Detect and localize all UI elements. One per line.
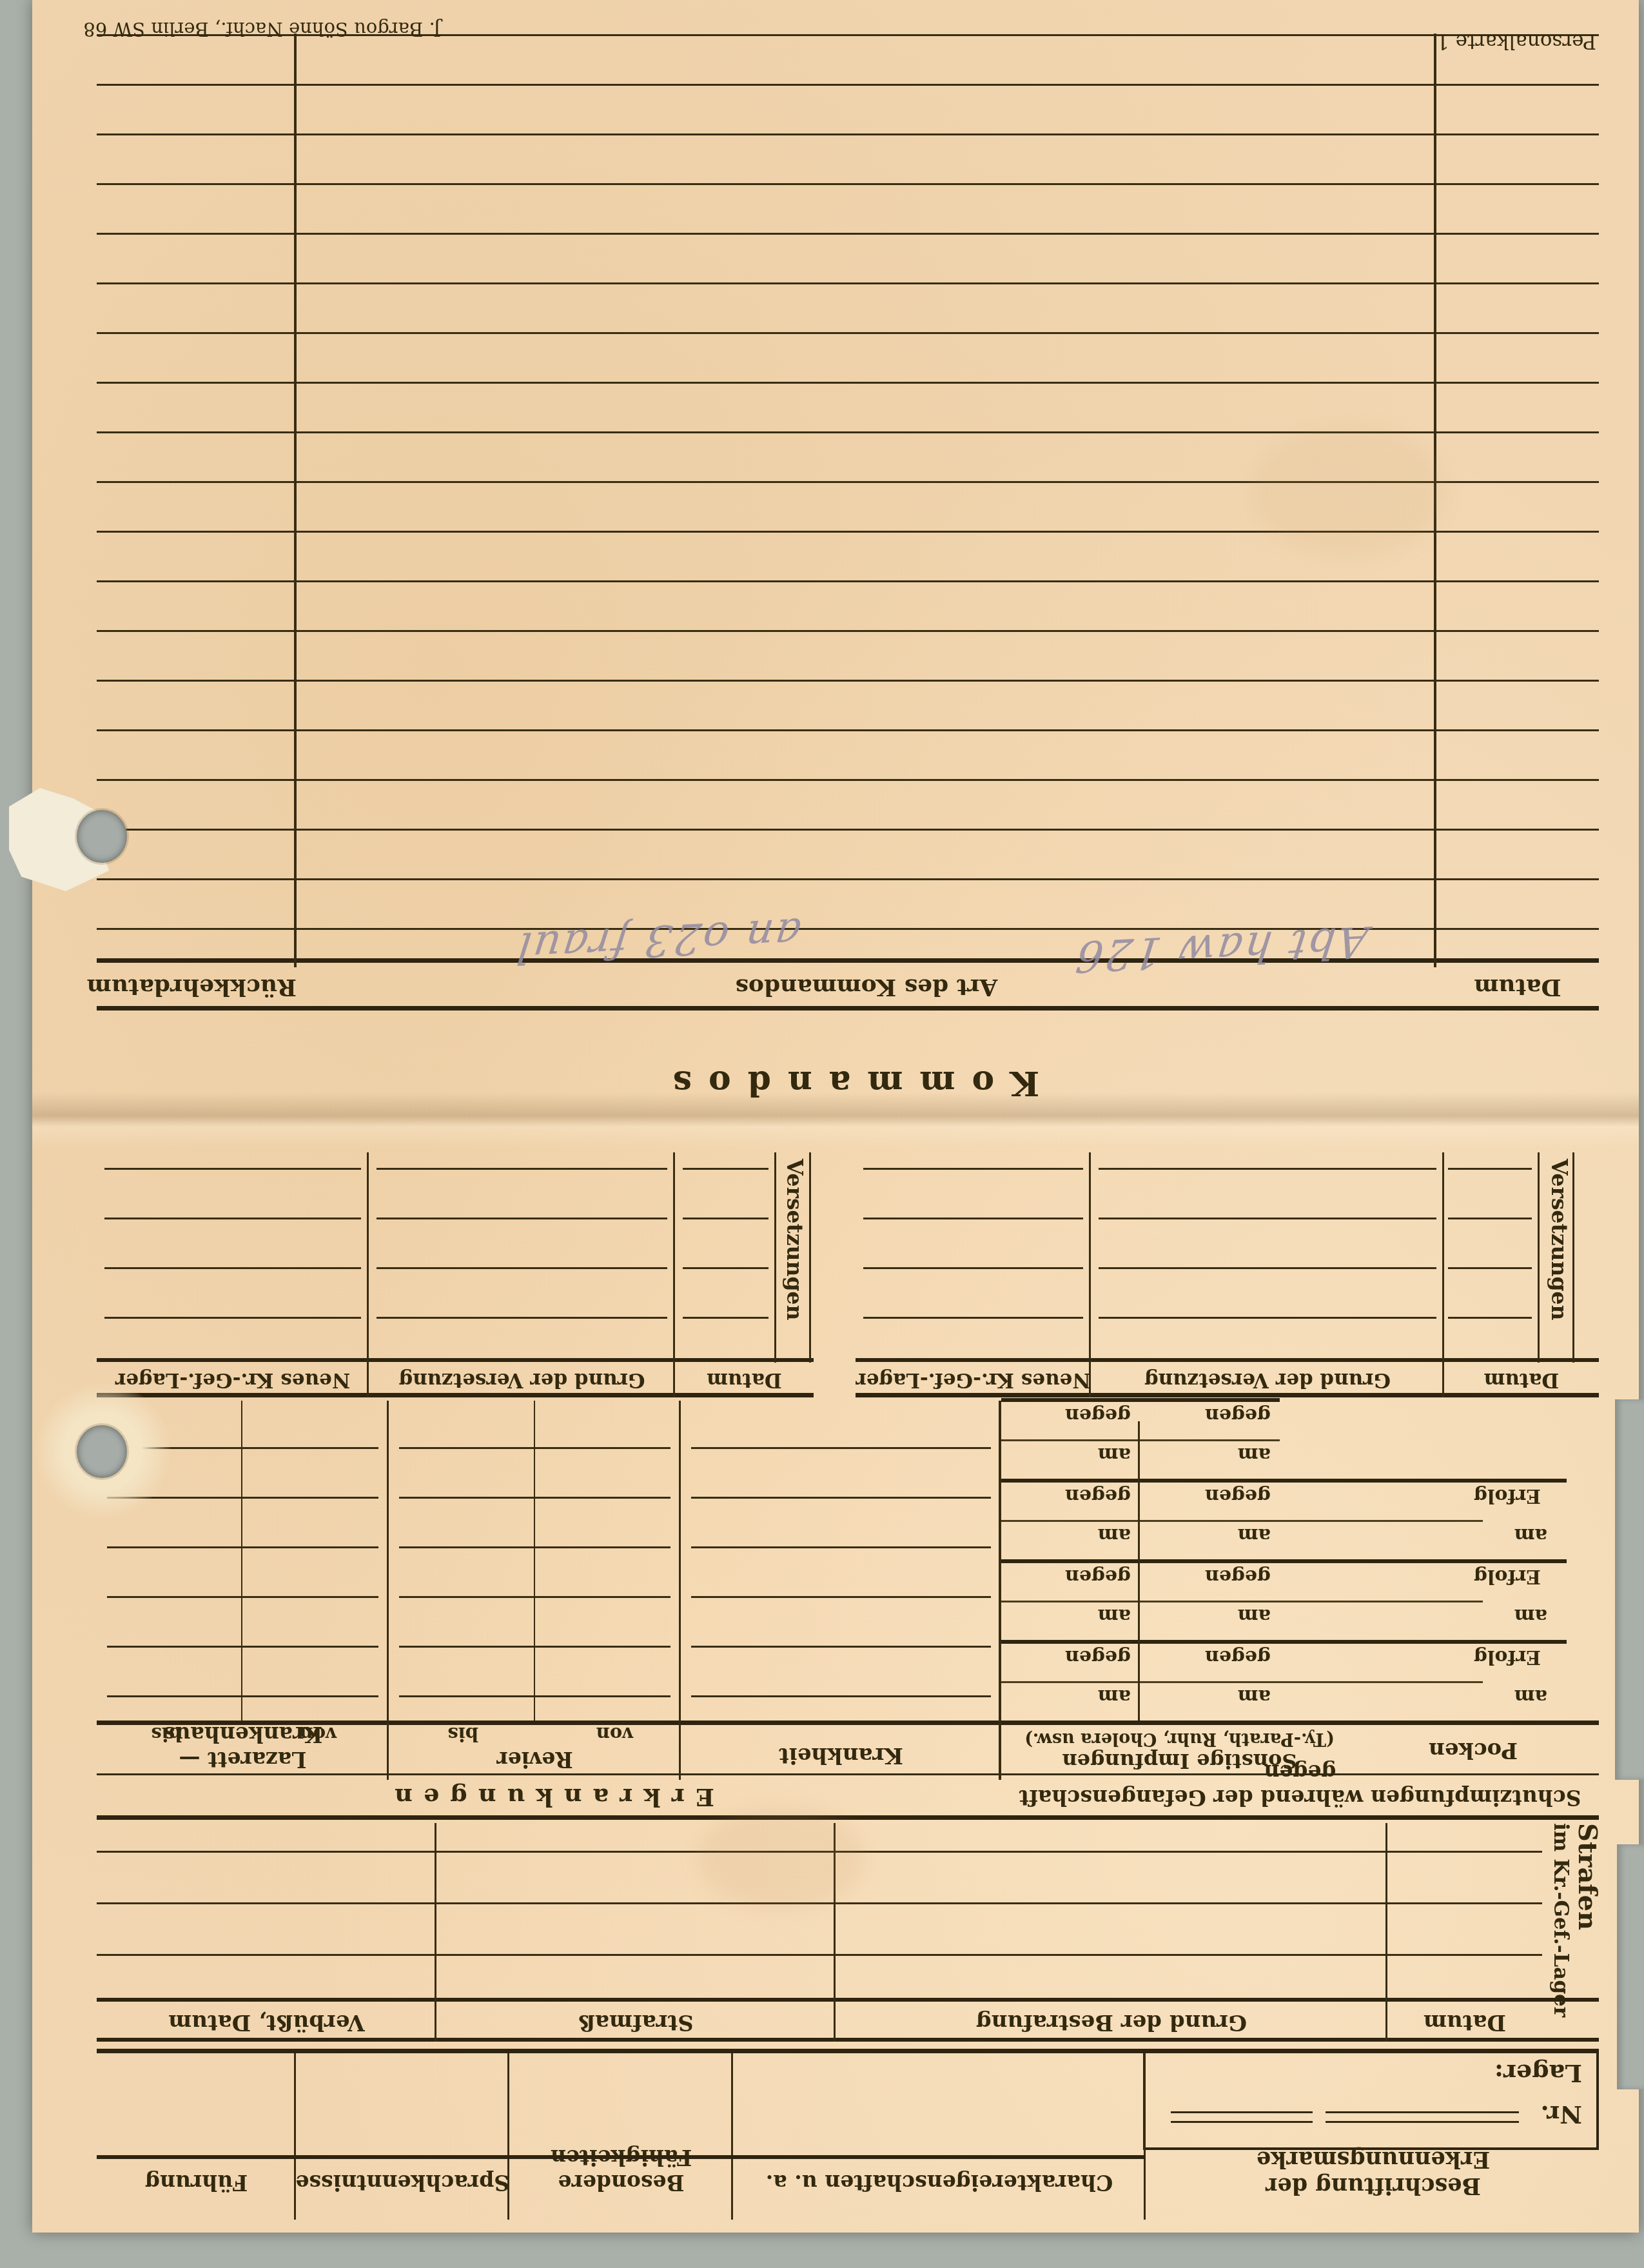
gegen-label: gegen [1205,1565,1271,1588]
punch-hole-bottom [77,1425,127,1478]
v2-div-2 [367,1152,369,1397]
erkennungsmarke-box: Nr. Lager: [1143,2049,1599,2150]
strafen-col-verbuesst: Verbüßt, Datum [97,2009,436,2035]
strafen-side-label: Strafen im Kr.-Gef.-Lager [1549,1823,1603,2020]
kommandos-div-2 [294,34,297,967]
v2-rows-datum [683,1157,768,1366]
am-label: am [1098,1524,1131,1546]
impf-erkr-divider [999,1401,1001,1780]
erfolg-label: Erfolg [1474,1646,1541,1668]
v2-side-label: Versetzungen [782,1159,807,1359]
sonstige-grid-col2: am gegen am gegen am gegen am gegen [1001,1398,1140,1721]
punch-hole-top [77,810,127,863]
v1-div-1 [1442,1152,1444,1397]
v1-label-border-l [1572,1152,1574,1363]
strafen-col-datum: Datum [1387,2009,1542,2035]
versetzungen-table-2: Datum Grund der Versetzung Neues Kr.-Gef… [97,1152,814,1397]
erfolg-label: Erfolg [1474,1565,1541,1588]
v2-label-border-l [809,1152,811,1363]
pocken-erfolg-row: Erfolg [1280,1479,1567,1520]
sonstige-gegen-row: gegen [1001,1398,1140,1439]
col-caption-faehigkeiten: Besondere Fähigkeiten [509,2145,733,2195]
sonstige-am-row: am [1140,1681,1280,1721]
sonstige-gegen-row: gegen [1140,1559,1280,1601]
am-label: am [1238,1524,1271,1546]
gegen-label: gegen [1065,1484,1131,1507]
impf-col-pocken: Pocken [1347,1737,1599,1763]
am-label: am [1514,1604,1547,1627]
pocken-am-row: am [1280,1601,1483,1640]
sonstige-am-row: am [1001,1520,1140,1559]
erfolg-label: Erfolg [1474,1484,1541,1507]
strafen-side-line1: Strafen [1572,1823,1603,2020]
strafen-div-3 [435,1823,436,2042]
v2-label-border-r [774,1152,776,1363]
caption-rule [97,2155,1146,2159]
scanned-document: { "scan": { "background_color": "#a9afa9… [0,0,1644,2268]
col-caption-sprachen: Sprachkenntnisse [296,2170,509,2195]
am-label: am [1238,1443,1271,1466]
fold-crease [32,1092,1639,1148]
krankheit-lines [691,1423,991,1745]
impf-col-sonstige: Sonstige Impfungen (Ty.-Parath, Ruhr, Ch… [1012,1729,1347,1773]
erkr-title: Erkrankungen [97,1783,1001,1812]
paper-stain [1252,427,1445,556]
v1-label-border-r [1538,1152,1540,1363]
marke-number-lines [1326,2111,1519,2123]
sonstige-am-row: am [1140,1601,1280,1640]
sonstige-am-row: am [1140,1520,1280,1559]
sonstige-gegen-row: gegen [1140,1398,1280,1439]
top-divider-4 [294,2053,296,2220]
erkr-div-2 [387,1401,389,1780]
sonstige-gegen-row: gegen [1140,1640,1280,1681]
v1-div-2 [1089,1152,1091,1397]
sonstige-am-row: am [1001,1681,1140,1721]
v2-col-grund: Grund der Versetzung [369,1368,675,1392]
card-name-footer: Personalkarte 1 [1436,30,1596,53]
sonstige-gegen-row: gegen [1001,1640,1140,1681]
v1-col-datum: Datum [1444,1368,1599,1392]
v1-col-neues: Neues Kr.-Gef.-Lager [856,1368,1091,1392]
am-label: am [1098,1685,1131,1708]
pocken-erfolg-row: Erfolg [1280,1559,1567,1601]
kommandos-col-art: Art des Kommandos [297,974,1436,1001]
gegen-label: gegen [1065,1646,1131,1668]
card-edge-notch-1 [1615,1399,1644,1780]
v2-col-datum: Datum [675,1368,814,1392]
am-label: am [1238,1604,1271,1627]
col-caption-fuehrung: Führung [97,2170,296,2195]
paper-stain [698,1807,865,1910]
top-divider-1 [1144,2053,1146,2220]
strafen-col-grund: Grund der Bestrafung [836,2009,1387,2035]
pocken-am-row: am [1280,1681,1483,1721]
sonstige-subdivider [1138,1421,1140,1721]
gegen-label: gegen [1205,1484,1271,1507]
gegen-label: gegen [1065,1565,1131,1588]
v1-rows-datum [1448,1157,1532,1366]
am-label: am [1098,1443,1131,1466]
sonstige-line1: Sonstige Impfungen [1012,1749,1347,1773]
sonstige-grid-col1: am gegen am gegen am gegen am gegen [1140,1398,1280,1721]
strafen-side-line2: im Kr.-Gef.-Lager [1549,1823,1572,2020]
v2-col-neues: Neues Kr.-Gef.-Lager [97,1368,369,1392]
am-label: am [1514,1524,1547,1546]
v1-col-grund: Grund der Versetzung [1091,1368,1444,1392]
v2-rows-grund [377,1157,667,1366]
top-bottom-rule [97,2049,1599,2053]
sonstige-am-row: am [1140,1439,1280,1479]
col-caption-charakter: Charaktereigenschaften u. a. [733,2170,1146,2195]
v2-rows-neues [104,1157,361,1366]
erkr-col-krankheit: Krankheit [681,1742,1001,1768]
printer-mark: J. Bargou Söhne Nachf., Berlin SW 68 [83,18,441,40]
gegen-label: gegen [1205,1646,1271,1668]
versetzungen-table-1: Datum Grund der Versetzung Neues Kr.-Gef… [856,1152,1599,1397]
beschriftung-caption: Beschriftung der Erkennungsmarke [1148,2146,1599,2199]
lager-label: Lager: [1494,2059,1582,2088]
v2-div-1 [673,1152,675,1397]
am-label: am [1098,1604,1131,1627]
sonstige-gegen-row: gegen [1001,1479,1140,1520]
erkr-col-revier: Revier [389,1747,681,1772]
lazarett-mid-divider [241,1401,242,1721]
am-label: am [1238,1685,1271,1708]
top-divider-3 [507,2053,509,2220]
revier-mid-divider [534,1401,535,1721]
kommandos-col-rueckkehr: Rückkehrdatum [97,974,297,1001]
marke-number-lines2 [1171,2111,1313,2123]
sonstige-am-row: am [1001,1601,1140,1640]
gegen-label: gegen [1065,1404,1131,1426]
card-edge-notch-2 [1617,1844,1644,2089]
sonstige-line2: (Ty.-Parath, Ruhr, Cholera usw.) [1012,1729,1347,1749]
pocken-erfolg-row: Erfolg [1280,1640,1567,1681]
gegen-label: gegen [1205,1404,1271,1426]
pocken-am-row: am [1280,1520,1483,1559]
strafen-col-strafmass: Strafmaß [436,2009,836,2035]
pocken-grid: am Erfolg am Erfolg am Erfolg [1280,1479,1599,1721]
strafen-div-1 [1385,1823,1387,2042]
kommandos-col-datum: Datum [1436,974,1599,1001]
erkr-div-1 [679,1401,681,1780]
v1-rows-neues [863,1157,1083,1366]
am-label: am [1514,1685,1547,1708]
v1-side-label: Versetzungen [1547,1159,1572,1359]
nr-label: Nr. [1541,2100,1583,2129]
sonstige-gegen-row: gegen [1140,1479,1280,1520]
top-divider-2 [731,2053,733,2220]
sonstige-gegen-row: gegen [1001,1559,1140,1601]
sonstige-am-row: am [1001,1439,1140,1479]
v1-rows-grund [1099,1157,1436,1366]
